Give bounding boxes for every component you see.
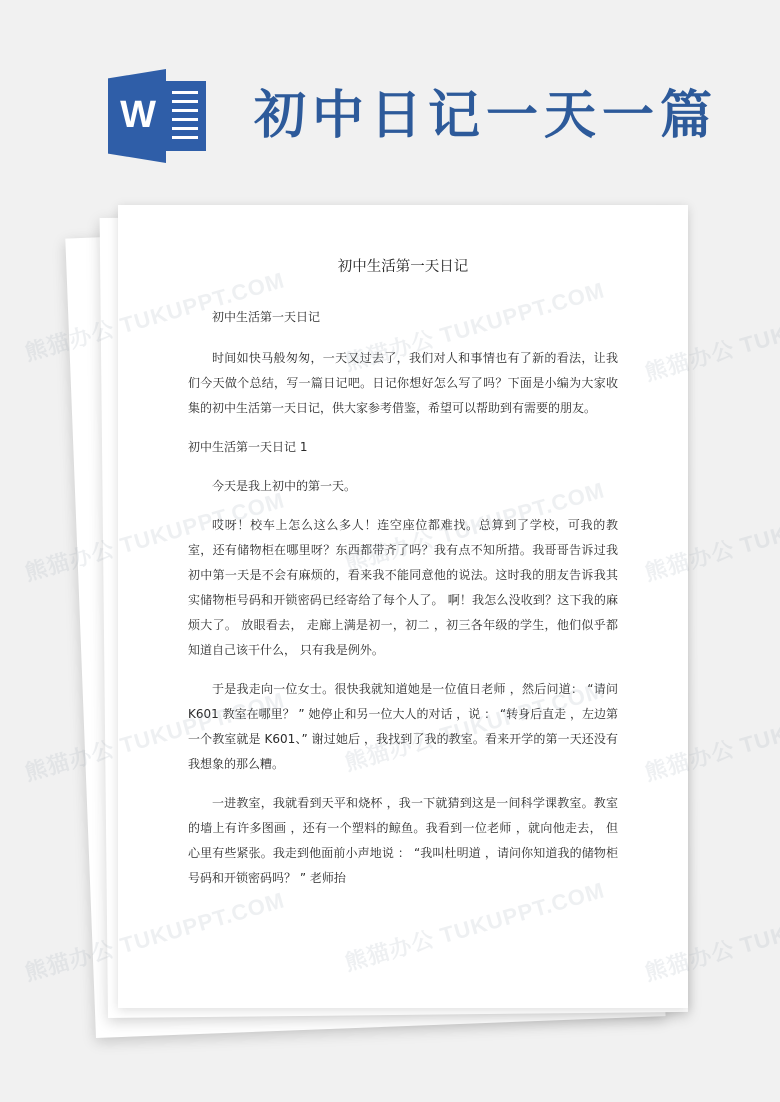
header-banner: W 初中日记一天一篇	[108, 68, 718, 164]
document-paragraph: 今天是我上初中的第一天。	[188, 474, 618, 499]
word-icon-letter: W	[114, 93, 162, 137]
document-paragraph: 时间如快马般匆匆，一天又过去了，我们对人和事情也有了新的看法，让我们今天做个总结…	[188, 346, 618, 421]
document-paragraph: 于是我走向一位女士。很快我就知道她是一位值日老师 ，然后问道： “请问 K601…	[188, 677, 618, 777]
document-paragraph: 一进教室，我就看到天平和烧杯 ，我一下就猜到这是一间科学课教室。教室的墙上有许多…	[188, 791, 618, 891]
document-page: 初中生活第一天日记 初中生活第一天日记 时间如快马般匆匆，一天又过去了，我们对人…	[118, 205, 688, 1008]
section-heading: 初中生活第一天日记 1	[188, 435, 618, 460]
microsoft-word-icon: W	[108, 69, 208, 163]
document-subtitle: 初中生活第一天日记	[188, 305, 618, 330]
document-body: 初中生活第一天日记 初中生活第一天日记 时间如快马般匆匆，一天又过去了，我们对人…	[188, 257, 618, 905]
document-title: 初中生活第一天日记	[188, 257, 618, 277]
document-paragraph: 哎呀！校车上怎么这么多人！连空座位都难找。总算到了学校，可我的教室，还有储物柜在…	[188, 513, 618, 663]
page-title: 初中日记一天一篇	[254, 68, 718, 164]
word-icon-sheet	[164, 81, 206, 151]
